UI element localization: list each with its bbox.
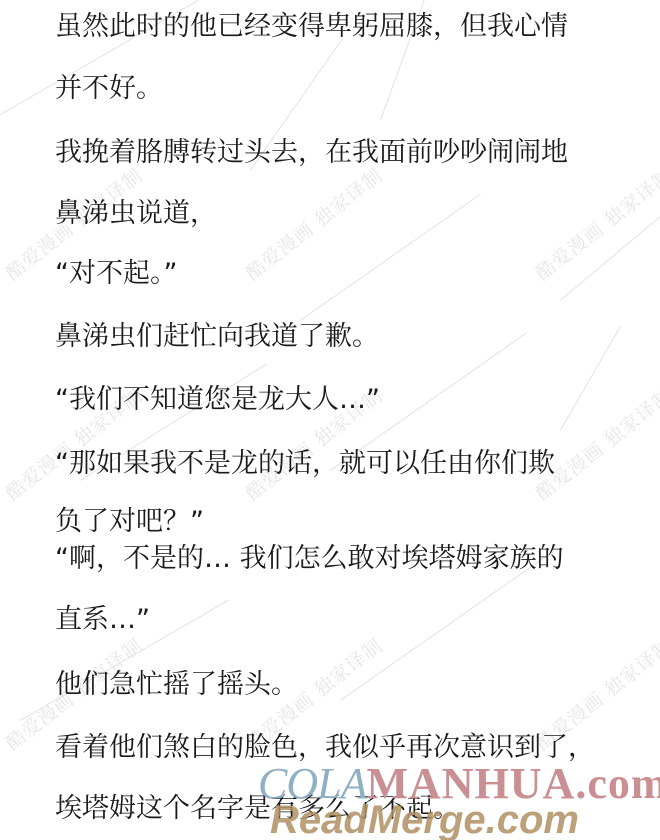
watermark-text: 酷爱漫画 独家译制 <box>529 381 660 505</box>
text-line: 直系…” <box>55 603 150 637</box>
text-line: 负了对吧？” <box>55 505 204 539</box>
text-line: 看着他们煞白的脸色，我似乎再次意识到了， <box>55 731 595 765</box>
background-watermark-layer: 酷爱漫画 独家译制 酷爱漫画 独家译制 酷爱漫画 独家译制 酷爱漫画 独家译制 … <box>0 0 660 840</box>
text-line: 虽然此时的他已经变得卑躬屈膝，但我心情 <box>55 10 568 44</box>
text-line: “对不起。” <box>55 257 177 291</box>
watermark-text: 酷爱漫画 独家译制 <box>239 161 387 285</box>
watermark-line <box>560 326 621 430</box>
text-line: 鼻涕虫们赶忙向我道了歉。 <box>55 320 379 354</box>
text-line: 并不好。 <box>55 72 163 106</box>
watermark-line <box>300 194 481 321</box>
watermark-line <box>560 210 660 301</box>
text-line: “那如果我不是龙的话，就可以任由你们欺 <box>55 447 555 481</box>
text-line: “我们不知道您是龙大人…” <box>55 383 380 417</box>
text-line: 鼻涕虫说道， <box>55 197 217 231</box>
text-line: 我挽着胳膊转过头去，在我面前吵吵闹闹地 <box>55 136 568 170</box>
text-line: 他们急忙摇了摇头。 <box>55 668 298 702</box>
text-line: 埃塔姆这个名字是有多么了不起。 <box>55 792 460 826</box>
watermark-text: 酷爱漫画 独家译制 <box>529 161 660 285</box>
text-line: “啊，不是的… 我们怎么敢对埃塔姆家族的 <box>55 542 564 576</box>
